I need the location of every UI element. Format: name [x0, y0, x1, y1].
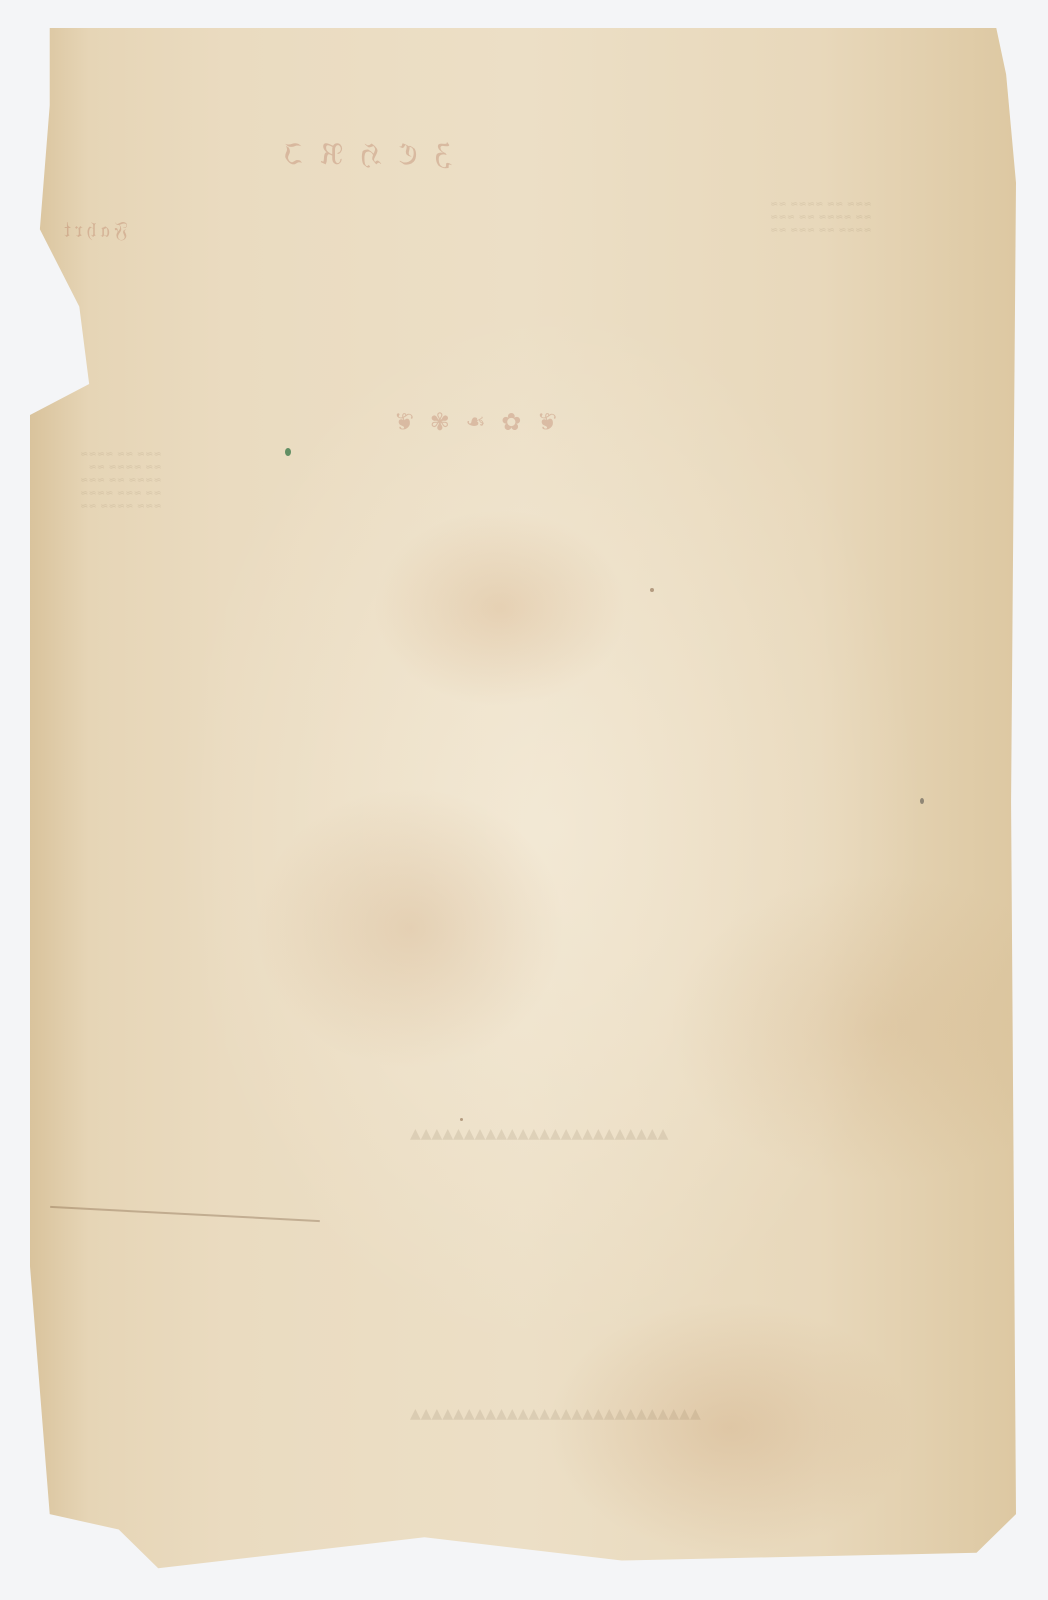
- bleed-through-heading: ℨ ℭ ℌ ℜ ℑ: [280, 138, 452, 171]
- bleed-through-illustration: ❦ ✿ ❧ ✾ ❦: [390, 408, 557, 436]
- foxing-spot: [920, 798, 924, 804]
- bleed-through-column-title: 𝔉𝔞𝔥𝔯𝔱: [60, 218, 128, 243]
- bleed-through-text-left: ≈≈≈ ≈≈ ≈≈≈≈ ≈≈ ≈≈≈≈ ≈≈ ≈≈≈≈ ≈≈ ≈≈≈ ≈≈ ≈≈…: [80, 448, 162, 513]
- bleed-through-text-right: ≈≈≈ ≈≈ ≈≈≈≈ ≈≈ ≈≈ ≈≈≈≈ ≈≈ ≈≈≈ ≈≈≈≈ ≈≈ ≈≈…: [770, 198, 872, 237]
- bleed-through-table-2: ▲▲▲▲▲▲▲▲▲▲▲▲▲▲▲▲▲▲▲▲▲▲▲▲▲▲▲: [410, 1408, 701, 1421]
- green-ink-spot: [285, 448, 291, 456]
- bleed-through-table: ▲▲▲▲▲▲▲▲▲▲▲▲▲▲▲▲▲▲▲▲▲▲▲▲: [410, 1128, 668, 1141]
- paper-sheet: ℨ ℭ ℌ ℜ ℑ 𝔉𝔞𝔥𝔯𝔱 ❦ ✿ ❧ ✾ ❦ ≈≈≈ ≈≈ ≈≈≈≈ ≈≈…: [30, 28, 1016, 1576]
- paper-tear: [50, 1206, 320, 1222]
- foxing-spot: [650, 588, 654, 592]
- foxing-spot: [460, 1118, 463, 1121]
